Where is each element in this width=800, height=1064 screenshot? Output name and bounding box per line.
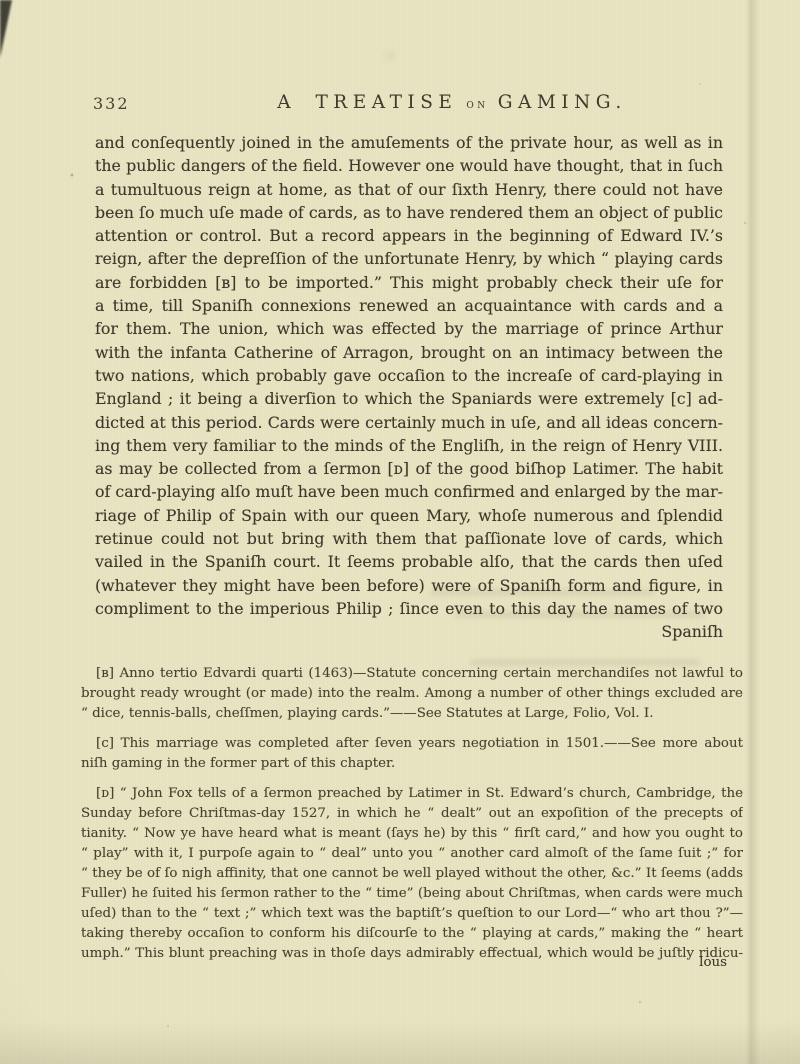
- text-line: of card-playing alſo muſt have been much…: [95, 480, 723, 503]
- text-line: England ; it being a diverſion to which …: [95, 387, 723, 410]
- text-line: riage of Philip of Spain with our queen …: [95, 504, 723, 527]
- text-line: a tumultuous reign at home, as that of o…: [95, 178, 723, 201]
- footnote-d: [ᴅ] “ John Fox tells of a ſermon preache…: [81, 784, 743, 964]
- text-line: attention or control. But a record appea…: [95, 224, 723, 247]
- footnote-line: “ play” with it, I purpoſe again to “ de…: [81, 844, 743, 864]
- footnote-line: Fuller) he ſuited his ſermon rather to t…: [81, 884, 743, 904]
- footnote-line: uſed) than to the “ text ;” which text w…: [81, 904, 743, 924]
- text-line: for them. The union, which was effected …: [95, 317, 723, 340]
- text-line: as may be collected from a ſermon [ᴅ] of…: [95, 457, 723, 480]
- footnote-line: Sunday before Chriſtmas-day 1527, in whi…: [81, 804, 743, 824]
- footnote-c: [c] This marriage was completed after ſe…: [81, 734, 743, 774]
- text-line: (whatever they might have been before) w…: [95, 574, 723, 597]
- text-line: two nations, which probably gave occaſio…: [95, 364, 723, 387]
- footnote-line: tianity. “ Now ye have heard what is mea…: [81, 824, 743, 844]
- footnote-line: “ they be of ſo nigh affinity, that one …: [81, 864, 743, 884]
- text-line: been ſo much uſe made of cards, as to ha…: [95, 201, 723, 224]
- running-title: A TREATISEonGAMING.: [52, 92, 800, 113]
- main-text-block: and conſequently joined in the amuſement…: [95, 131, 723, 620]
- text-line: ing them very familiar to the minds of t…: [95, 434, 723, 457]
- text-line: retinue could not but bring with them th…: [95, 527, 723, 550]
- footnote-line: taking thereby occaſion to conform his d…: [81, 924, 743, 944]
- footnotes-block: [ʙ] Anno tertio Edvardi quarti (1463)—St…: [81, 664, 743, 964]
- text-line: compliment to the imperious Philip ; ſin…: [95, 597, 723, 620]
- footnote-line: [ᴅ] “ John Fox tells of a ſermon preache…: [81, 784, 743, 804]
- book-page-scan: 332 A TREATISEonGAMING. and conſequently…: [0, 0, 800, 1064]
- catchword: lous: [81, 953, 727, 973]
- footnote-line: “ dice, tennis-balls, cheſſmen, playing …: [81, 704, 743, 724]
- footnote-b: [ʙ] Anno tertio Edvardi quarti (1463)—St…: [81, 664, 743, 724]
- text-line: and conſequently joined in the amuſement…: [95, 131, 723, 154]
- running-title-part: A TREATISE: [277, 92, 457, 113]
- text-line: a time, till Spaniſh connexions renewed …: [95, 294, 723, 317]
- footnote-line: niſh gaming in the former part of this c…: [81, 754, 743, 774]
- running-title-part: GAMING.: [498, 92, 627, 113]
- footnote-line: brought ready wrought (or made) into the…: [81, 684, 743, 704]
- text-line: reign, after the depreſſion of the unfor…: [95, 247, 723, 270]
- text-line: with the infanta Catherine of Arragon, b…: [95, 341, 723, 364]
- text-line: are forbidden [ʙ] to be imported.” This …: [95, 271, 723, 294]
- text-line: dicted at this period. Cards were certai…: [95, 411, 723, 434]
- page-header: 332 A TREATISEonGAMING.: [0, 92, 800, 116]
- catchword: Spaniſh: [95, 620, 723, 643]
- running-title-part: on: [466, 97, 488, 112]
- text-line: vailed in the Spaniſh court. It ſeems pr…: [95, 550, 723, 573]
- footnote-line: [c] This marriage was completed after ſe…: [81, 734, 743, 754]
- footnote-line: [ʙ] Anno tertio Edvardi quarti (1463)—St…: [81, 664, 743, 684]
- scan-edge-artifact: [0, 0, 12, 58]
- text-line: the public dangers of the field. However…: [95, 154, 723, 177]
